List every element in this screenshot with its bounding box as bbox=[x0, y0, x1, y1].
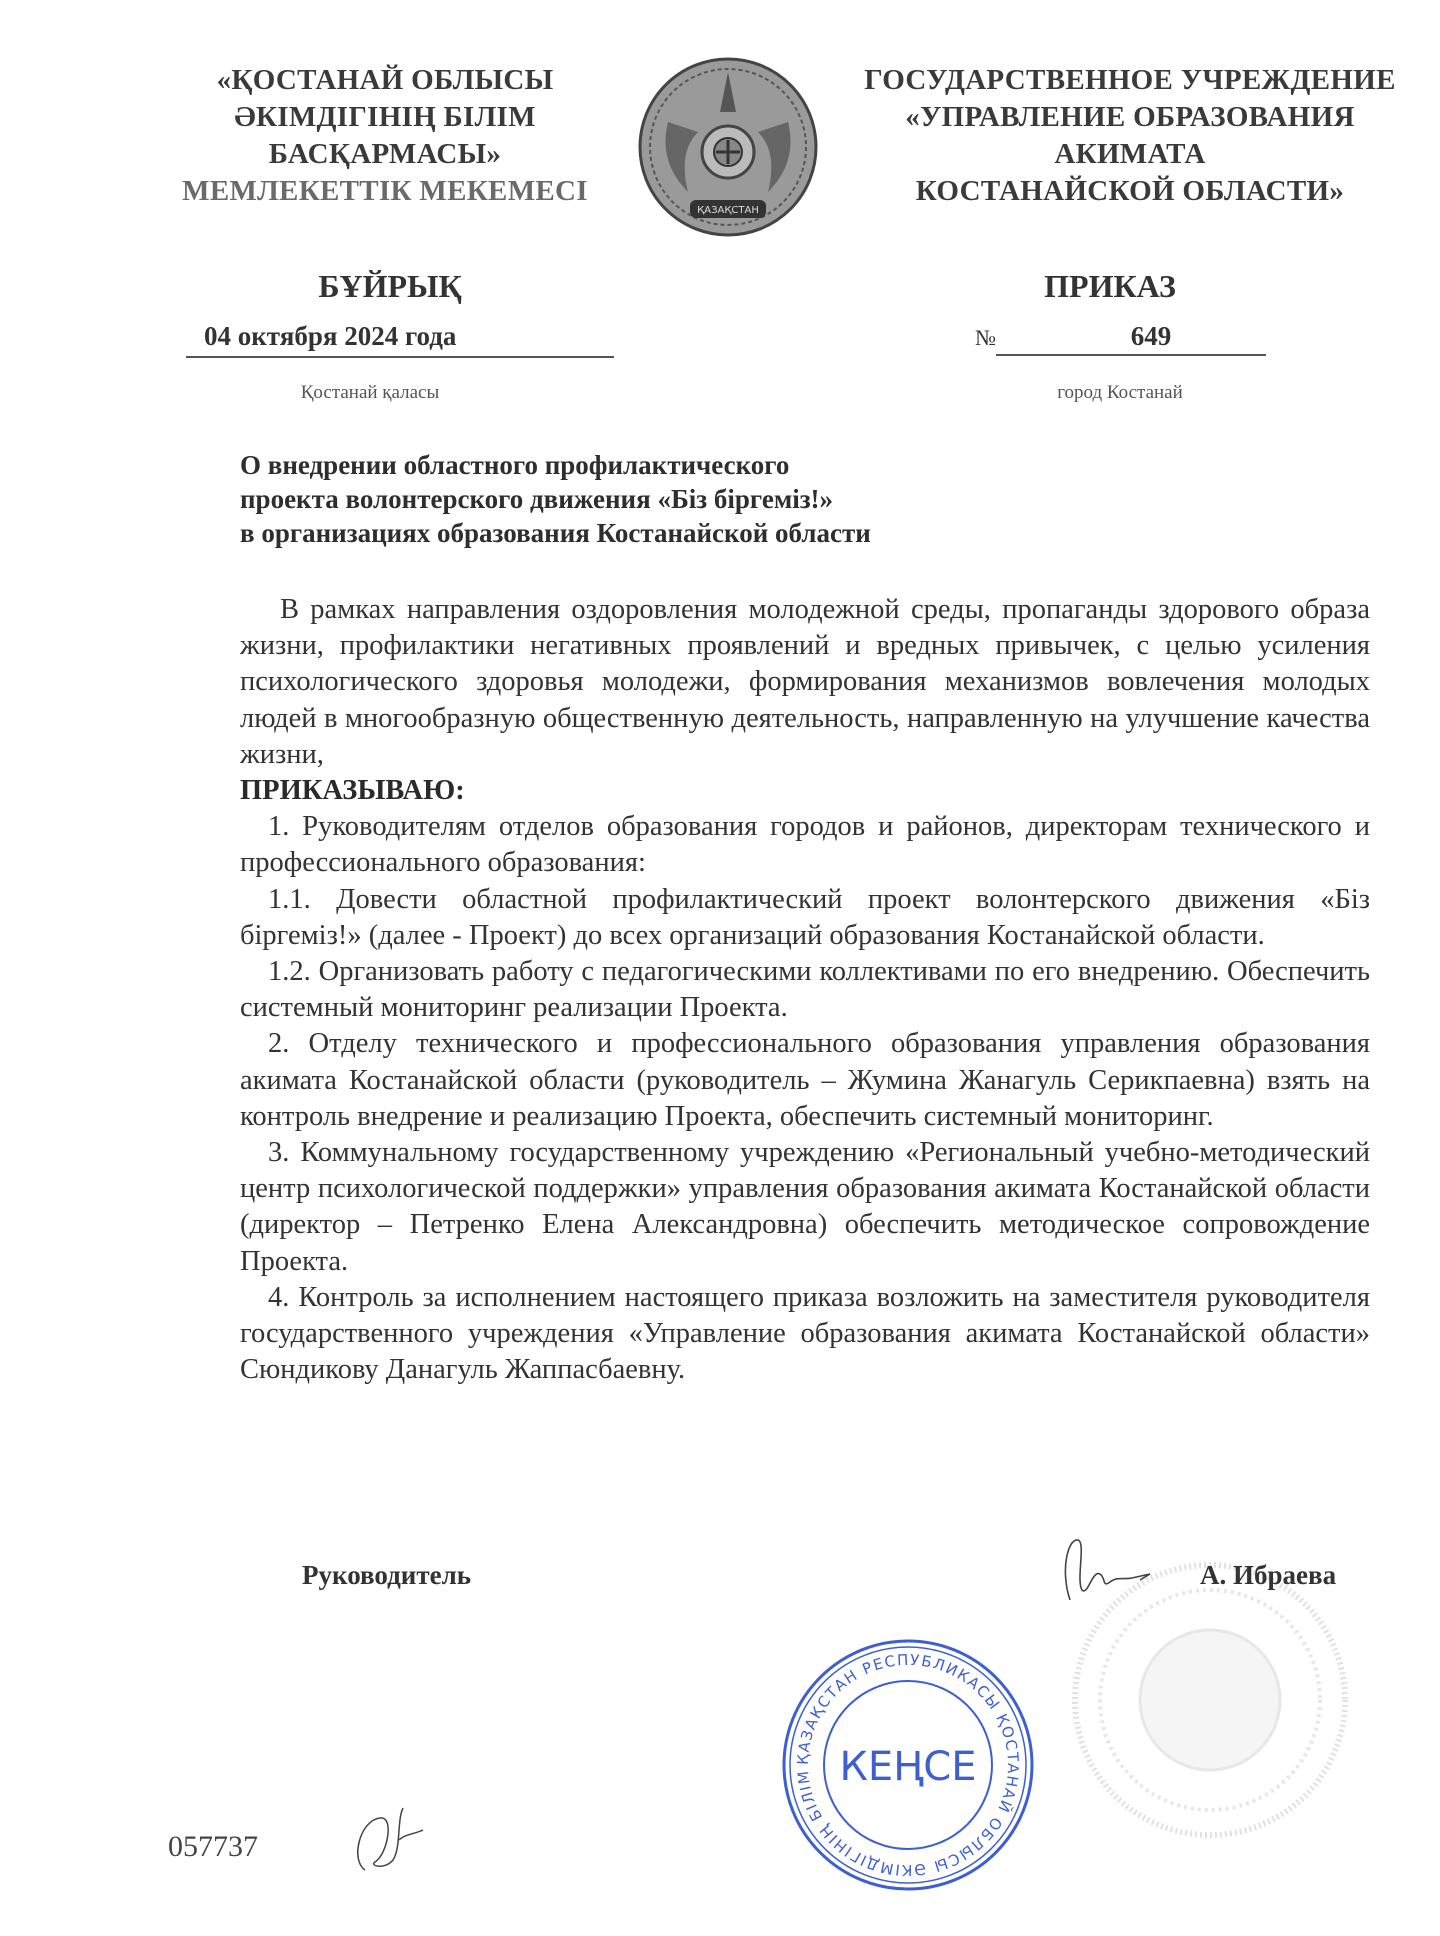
order-item: 2. Отделу технического и профессионально… bbox=[240, 1026, 1370, 1135]
preamble: В рамках направления оздоровления молоде… bbox=[240, 592, 1370, 773]
order-number-field: №649 bbox=[975, 318, 1275, 356]
initials-signature-icon bbox=[345, 1800, 435, 1880]
header-kz-line: «ҚОСТАНАЙ ОБЛЫСЫ bbox=[150, 62, 620, 99]
order-word: ПРИКАЗЫВАЮ: bbox=[240, 773, 1370, 809]
order-body: В рамках направления оздоровления молоде… bbox=[240, 592, 1370, 1388]
office-stamp-icon: ҚАЗАҚСТАН РЕСПУБЛИКАСЫ ҚОСТАНАЙ ОБЛЫСЫ Ә… bbox=[778, 1635, 1038, 1895]
handwritten-signature-icon bbox=[1040, 1530, 1180, 1610]
header-kz-line: ӘКІМДІГІНІҢ БІЛІМ bbox=[150, 99, 620, 136]
order-item: 1. Руководителям отделов образования гор… bbox=[240, 809, 1370, 881]
state-emblem-icon: ҚАЗАҚСТАН bbox=[628, 52, 828, 242]
header-ru-line: «УПРАВЛЕНИЕ ОБРАЗОВАНИЯ bbox=[840, 99, 1420, 136]
svg-text:КЕҢСЕ: КЕҢСЕ bbox=[840, 1744, 977, 1790]
svg-text:ҚАЗАҚСТАН: ҚАЗАҚСТАН bbox=[697, 205, 759, 216]
header-ru-line: ГОСУДАРСТВЕННОЕ УЧРЕЖДЕНИЕ bbox=[840, 62, 1420, 99]
signatory-name: А. Ибраева bbox=[1200, 1560, 1336, 1591]
subject-line: проекта волонтерского движения «Біз бірг… bbox=[240, 482, 1100, 516]
city-kz: Қостанай қаласы bbox=[250, 382, 490, 404]
subject-line: в организациях образования Костанайской … bbox=[240, 516, 1100, 550]
order-subject: О внедрении областного профилактического… bbox=[240, 448, 1100, 550]
order-title-ru: ПРИКАЗ bbox=[960, 268, 1260, 305]
number-sign: № bbox=[975, 325, 996, 350]
order-date: 04 октября 2024 года bbox=[186, 318, 614, 358]
subject-line: О внедрении областного профилактического bbox=[240, 448, 1100, 482]
order-item: 4. Контроль за исполнением настоящего пр… bbox=[240, 1280, 1370, 1389]
header-kz-line: БАСҚАРМАСЫ» bbox=[150, 136, 620, 173]
order-number: 649 bbox=[996, 318, 1266, 356]
city-ru: город Костанай bbox=[1000, 382, 1240, 404]
order-item: 1.2. Организовать работу с педагогически… bbox=[240, 954, 1370, 1026]
header-kz-line: МЕМЛЕКЕТТІК МЕКЕМЕСІ bbox=[150, 173, 620, 210]
header-kz: «ҚОСТАНАЙ ОБЛЫСЫ ӘКІМДІГІНІҢ БІЛІМ БАСҚА… bbox=[150, 62, 620, 210]
signatory-role: Руководитель bbox=[302, 1560, 471, 1591]
header-ru-line: КОСТАНАЙСКОЙ ОБЛАСТИ» bbox=[840, 173, 1420, 210]
header-ru-line: АКИМАТА bbox=[840, 136, 1420, 173]
header-ru: ГОСУДАРСТВЕННОЕ УЧРЕЖДЕНИЕ «УПРАВЛЕНИЕ О… bbox=[840, 62, 1420, 210]
order-item: 3. Коммунальному государственному учрежд… bbox=[240, 1135, 1370, 1280]
registration-number: 057737 bbox=[168, 1830, 258, 1864]
order-title-kz: БҰЙРЫҚ bbox=[180, 268, 600, 305]
order-item: 1.1. Довести областной профилактический … bbox=[240, 882, 1370, 954]
